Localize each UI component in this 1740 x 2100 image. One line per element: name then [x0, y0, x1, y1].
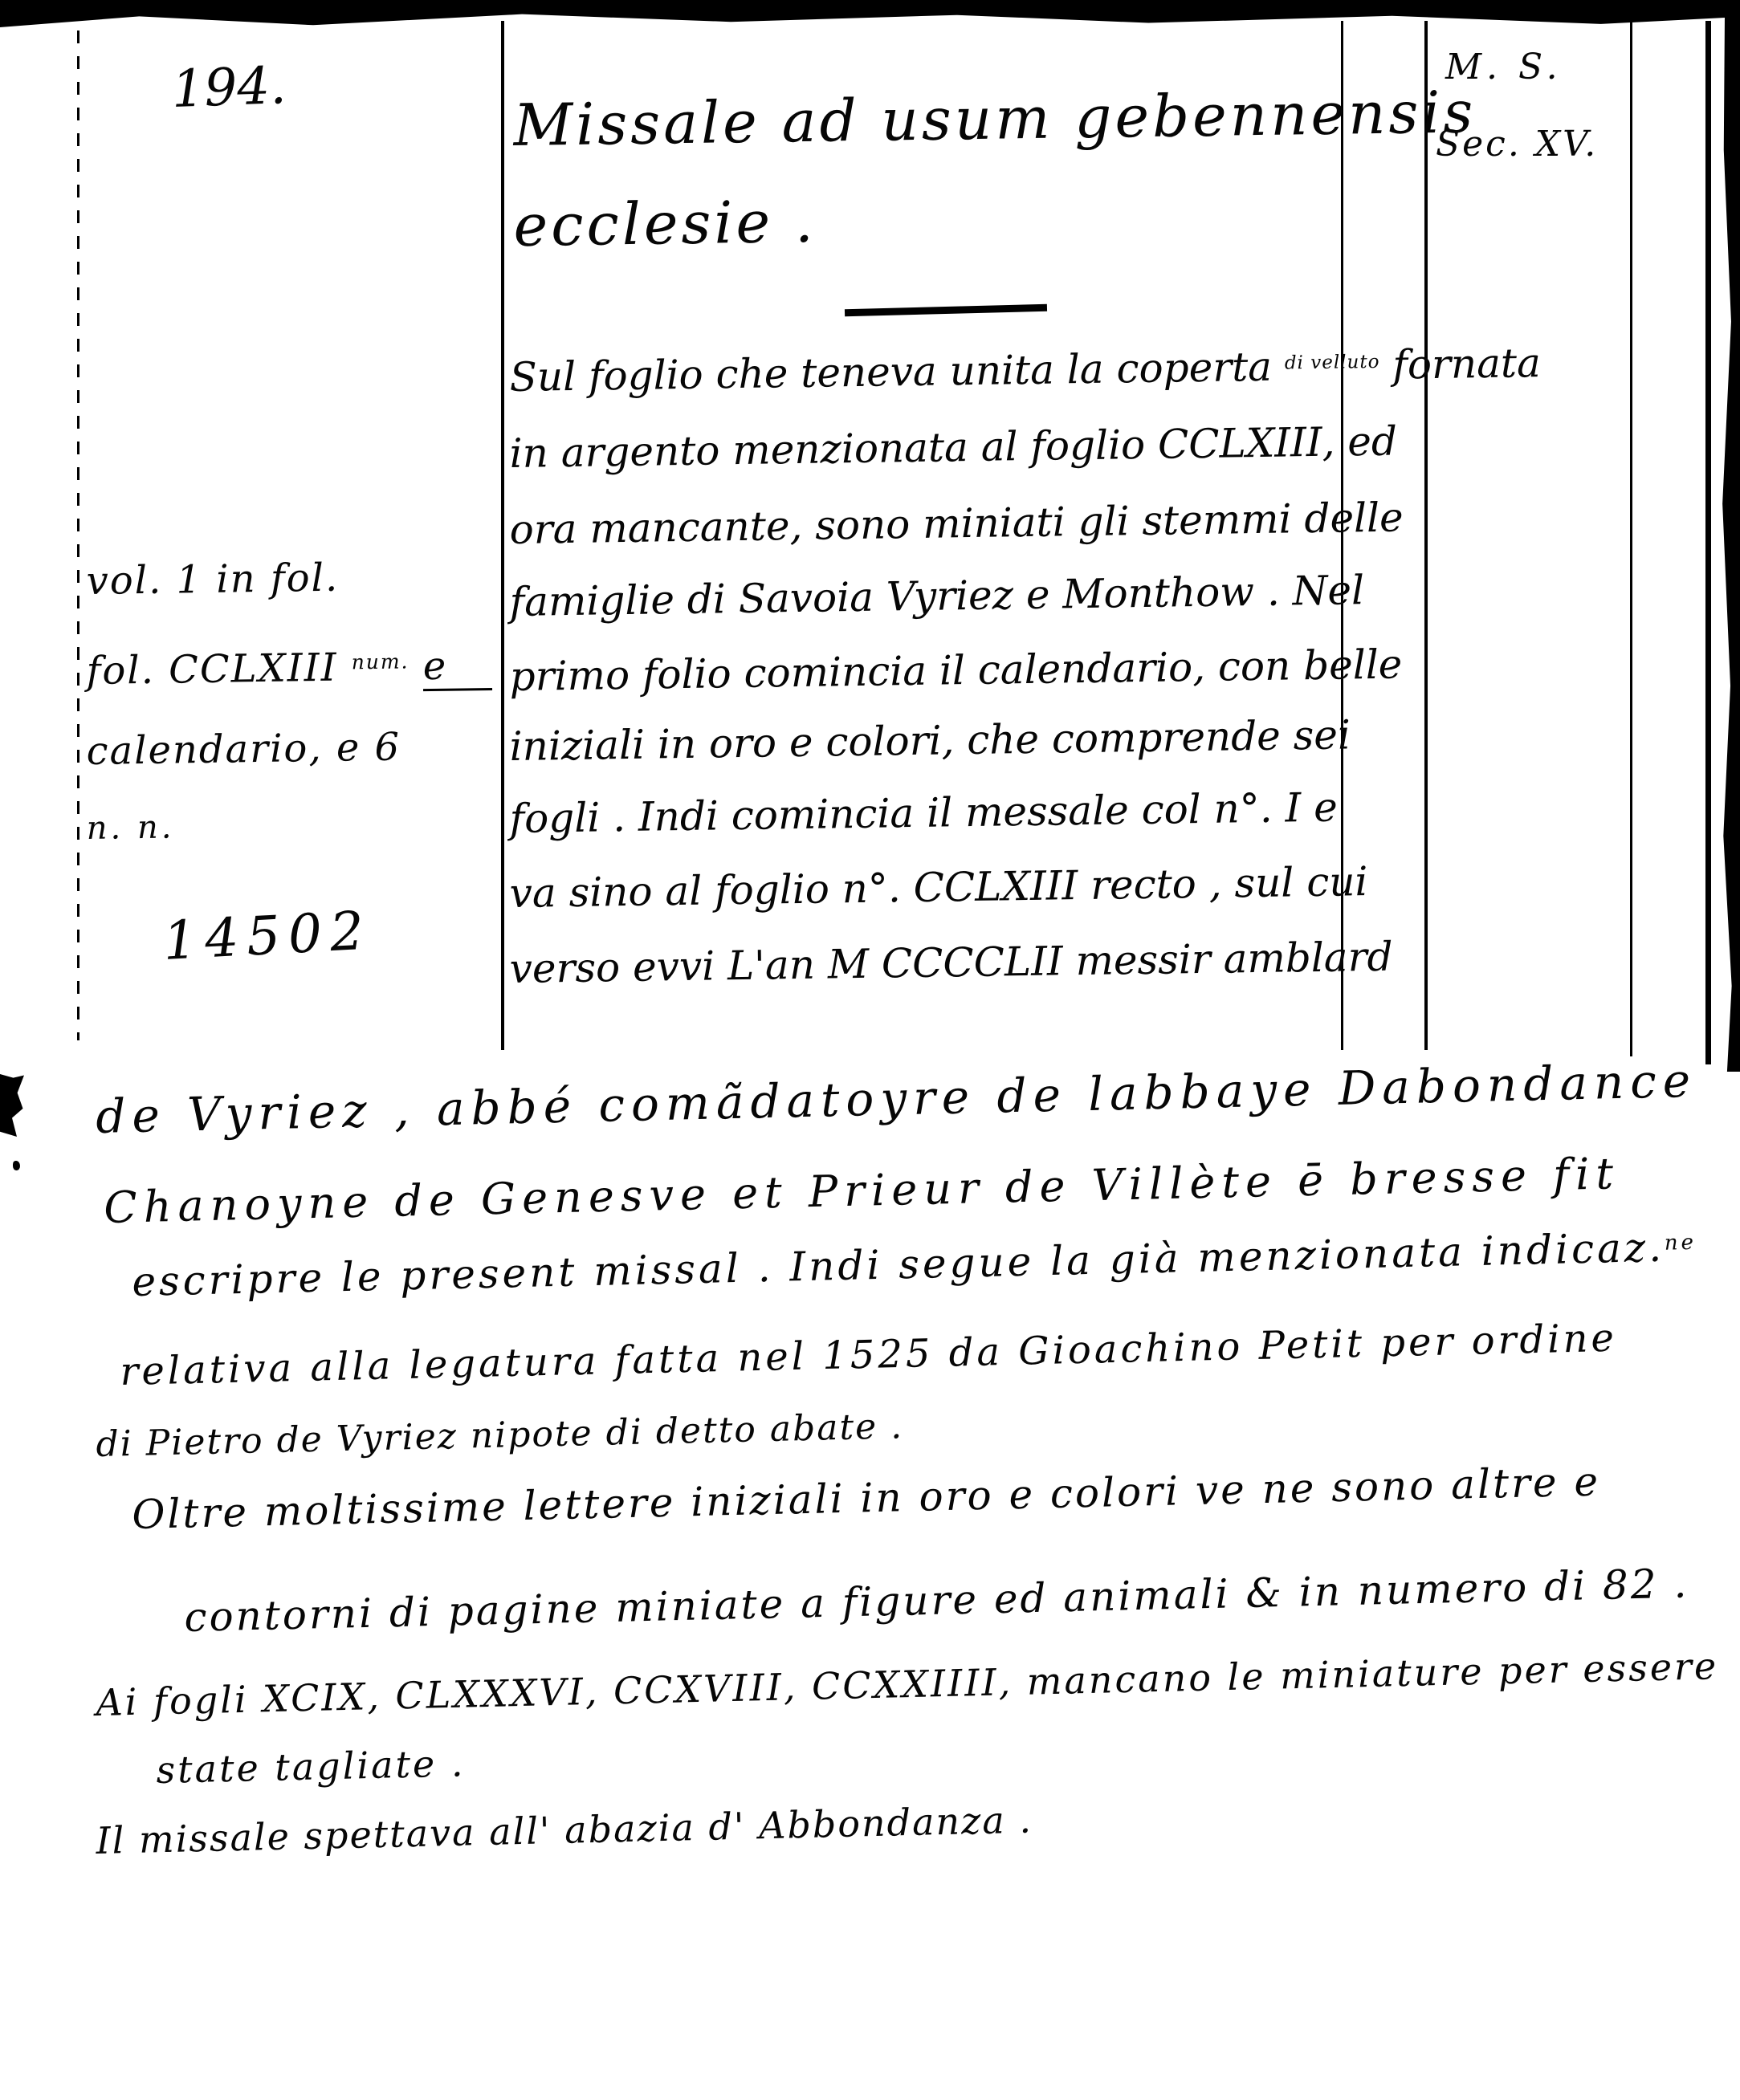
rule-column-divider-3	[1424, 21, 1428, 1050]
description-line-3: ora mancante, sono miniati gli stemmi de…	[509, 497, 1404, 550]
rule-column-divider-main	[501, 21, 504, 1050]
collation-line-3: calendario, e 6	[86, 728, 401, 771]
note-line-5: di Pietro de Vyriez nipote di detto abat…	[96, 1409, 904, 1463]
description-line-7: fogli . Indi comincia il messale col n°.…	[509, 787, 1338, 839]
abbreviation-superscript: ne	[1665, 1230, 1697, 1255]
description-line-5: primo folio comincia il calendario, con …	[509, 644, 1402, 697]
note-line-2: Chanoyne de Genesve et Prieur de Villète…	[104, 1152, 1620, 1230]
collation-line-1: vol. 1 in fol.	[86, 559, 339, 600]
note-line-10: Il missale spettava all' abazia d' Abbon…	[96, 1801, 1033, 1859]
rule-left-margin-dashed	[77, 31, 79, 1040]
folio-count-superscript: num.	[352, 650, 410, 674]
note-line-3-text: escripre le present missal . Indi segue …	[132, 1224, 1665, 1305]
description-line-4: famiglie di Savoia Vyriez e Monthow . Ne…	[509, 570, 1364, 622]
ink-dot	[13, 1161, 20, 1170]
note-line-9: state tagliate .	[156, 1744, 466, 1789]
scan-right-page-edge	[1722, 0, 1740, 1072]
description-line-1: Sul foglio che teneva unita la coperta d…	[509, 343, 1541, 397]
collation-line-2: fol. CCLXIII num. e	[86, 646, 491, 690]
note-line-7: contorni di pagine miniate a figure ed a…	[184, 1563, 1689, 1638]
collation-line-2-text: fol. CCLXIII	[86, 645, 338, 694]
collation-line-4: n. n.	[86, 811, 174, 844]
title-divider	[845, 304, 1047, 317]
note-line-8: Ai fogli XCIX, CLXXXVI, CCXVIII, CCXXIII…	[96, 1647, 1719, 1721]
ink-blot	[0, 1074, 24, 1137]
rule-column-divider-4	[1630, 21, 1632, 1056]
description-line-9: verso evvi L'an M CCCCLII messir amblard	[509, 937, 1393, 989]
title-line-2: ecclesie .	[513, 193, 817, 254]
collation-line-2-end: e	[422, 643, 491, 691]
note-line-1: de Vyriez , abbé comãdatoyre de labbaye …	[96, 1057, 1697, 1140]
description-line-8: va sino al foglio n°. CCLXIII recto , su…	[509, 861, 1367, 914]
manuscript-catalog-page: 194. M. S. Sec. XV. Missale ad usum gebe…	[0, 0, 1740, 2100]
note-line-4: relativa alla legatura fatta nel 1525 da…	[120, 1319, 1617, 1391]
description-line-6: iniziali in oro e colori, che comprende …	[509, 714, 1351, 767]
rule-right-border	[1705, 21, 1711, 1064]
description-line-2: in argento menzionata al foglio CCLXIII,…	[509, 421, 1397, 474]
inventory-number: 14502	[162, 904, 373, 968]
entry-number: 194.	[171, 60, 287, 116]
interlinear-insertion: di velluto	[1285, 352, 1380, 374]
description-line-1-text: Sul foglio che teneva unita la coperta	[509, 344, 1272, 401]
note-line-6: Oltre moltissime lettere iniziali in oro…	[132, 1462, 1601, 1535]
description-line-1-end: fornata	[1392, 340, 1541, 389]
title-line-1: Missale ad usum gebennensis	[513, 83, 1477, 154]
note-line-3: escripre le present missal . Indi segue …	[132, 1227, 1697, 1302]
scan-top-edge	[0, 0, 1740, 27]
